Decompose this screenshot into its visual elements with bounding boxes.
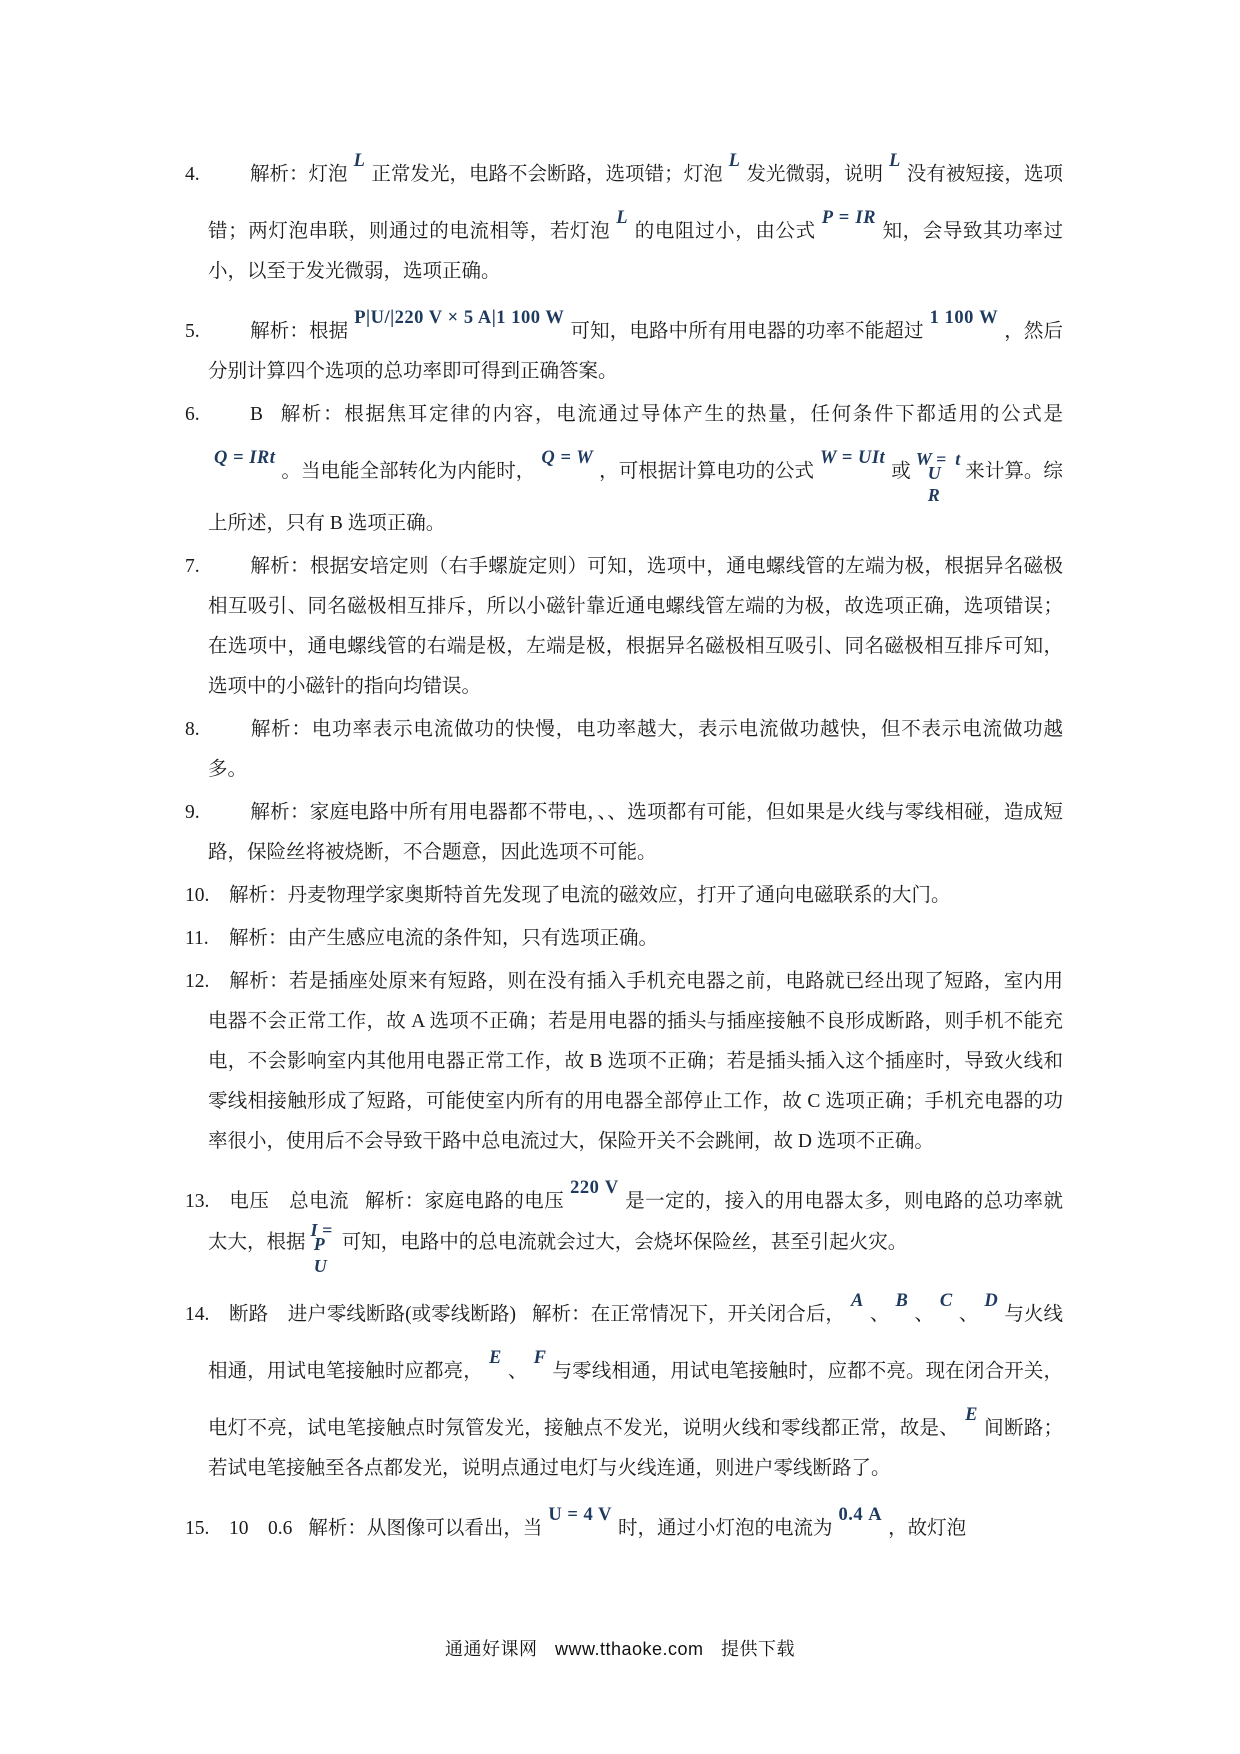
formula: E	[483, 1348, 508, 1368]
formula: L	[348, 151, 372, 171]
item-number: 15.	[185, 1509, 229, 1549]
item-text-segment: 解析：灯泡	[250, 164, 348, 185]
formula: A	[845, 1291, 870, 1311]
item-text-segment: 可知，电路中所有用电器的功率不能超过	[570, 321, 923, 342]
footer-site-name: 通通好课网	[445, 1639, 538, 1659]
item-answer: 10 0.6	[229, 1518, 292, 1539]
item-text-segment: 解析：根据	[250, 321, 348, 342]
item-number: 7.	[185, 547, 250, 587]
item-text-segment: 解析：电功率表示电流做功的快慢，电功率越大，表示电流做功越快，但不表示电流做功越…	[208, 719, 1063, 780]
answer-item: 8.解析：电功率表示电流做功的快慢，电功率越大，表示电流做功越快，但不表示电流做…	[185, 710, 1063, 790]
item-text-segment: 。当电能全部转化为内能时，	[281, 461, 535, 482]
answer-item: 7.解析：根据安培定则（右手螺旋定则）可知，选项中，通电螺线管的左端为极，根据异…	[185, 547, 1063, 707]
item-number: 8.	[185, 710, 250, 750]
formula: 0.4 A	[832, 1505, 888, 1525]
item-number: 11.	[185, 919, 229, 959]
item-text-segment: 、	[508, 1361, 528, 1382]
item-text-segment: 解析：从图像可以看出，当	[308, 1518, 542, 1539]
item-number: 4.	[185, 155, 250, 195]
formula: W = UIt	[814, 448, 891, 468]
answer-item: 6.B解析：根据焦耳定律的内容，电流通过导体产生的热量，任何条件下都适用的公式是…	[185, 395, 1063, 544]
answer-item: 10.解析：丹麦物理学家奥斯特首先发现了电流的磁效应，打开了通向电磁联系的大门。	[185, 876, 1063, 916]
answer-item: 5.解析：根据P|U/|220 V × 5 A|1 100 W可知，电路中所有用…	[185, 295, 1063, 392]
item-text-segment: 可知，电路中的总电流就会过大，会烧坏保险丝，甚至引起火灾。	[342, 1232, 908, 1253]
item-number: 5.	[185, 312, 250, 352]
fraction-formula: I = PU	[306, 1232, 342, 1252]
answers-list: 4.解析：灯泡L正常发光，电路不会断路，选项错；灯泡L发光微弱，说明L没有被短接…	[185, 138, 1063, 1552]
answer-item: 4.解析：灯泡L正常发光，电路不会断路，选项错；灯泡L发光微弱，说明L没有被短接…	[185, 138, 1063, 292]
item-text-segment: 发光微弱，说明	[746, 164, 883, 185]
footer-url: www.tthaoke.com	[555, 1639, 704, 1659]
item-text-segment: 解析：家庭电路的电压	[365, 1191, 564, 1212]
item-number: 13.	[185, 1182, 229, 1222]
formula: B	[889, 1291, 914, 1311]
formula: E	[959, 1405, 984, 1425]
formula: Q = IRt	[208, 448, 281, 468]
formula: Q = W	[535, 448, 599, 468]
item-text-segment: 解析：丹麦物理学家奥斯特首先发现了电流的磁效应，打开了通向电磁联系的大门。	[229, 885, 951, 906]
fraction-post: t	[951, 449, 961, 469]
item-text-segment: 的电阻过小，由公式	[634, 221, 816, 242]
item-text-segment: 解析：在正常情况下，开关闭合后，	[532, 1304, 845, 1325]
item-number: 9.	[185, 793, 250, 833]
formula: L	[883, 151, 907, 171]
formula: P = IR	[816, 208, 882, 228]
item-text-segment: 、	[870, 1304, 890, 1325]
formula: 1 100 W	[924, 308, 1004, 328]
item-text-segment: 解析：若是插座处原来有短路，则在没有插入手机充电器之前，电路就已经出现了短路，室…	[208, 971, 1063, 1152]
document-page: 4.解析：灯泡L正常发光，电路不会断路，选项错；灯泡L发光微弱，说明L没有被短接…	[0, 0, 1240, 1754]
fraction-formula: W = UR t	[911, 461, 966, 481]
answer-item: 15.10 0.6解析：从图像可以看出，当U = 4 V时，通过小灯泡的电流为0…	[185, 1492, 1063, 1549]
item-text-segment: 正常发光，电路不会断路，选项错；灯泡	[371, 164, 722, 185]
answer-item: 13.电压 总电流解析：家庭电路的电压220 V是一定的，接入的用电器太多，则电…	[185, 1165, 1063, 1275]
item-text-segment: 、	[914, 1304, 934, 1325]
item-text-segment: 或	[891, 461, 911, 482]
item-answer: 断路 进户零线断路(或零线断路)	[229, 1304, 516, 1325]
item-answer: 电压 总电流	[229, 1191, 349, 1212]
formula: C	[934, 1291, 959, 1311]
item-text-segment: 时，通过小灯泡的电流为	[618, 1518, 833, 1539]
answer-item: 11.解析：由产生感应电流的条件知，只有选项正确。	[185, 919, 1063, 959]
item-text-segment: 解析：根据安培定则（右手螺旋定则）可知，选项中，通电螺线管的左端为极，根据异名磁…	[208, 556, 1063, 697]
item-text-segment: ，可根据计算电功的公式	[599, 461, 814, 482]
item-text-segment: 解析：根据焦耳定律的内容，电流通过导体产生的热量，任何条件下都适用的公式是	[279, 404, 1063, 425]
item-text-segment: 解析：家庭电路中所有用电器都不带电，、、选项都有可能，但如果是火线与零线相碰，造…	[208, 802, 1063, 863]
item-text-segment: ，故灯泡	[888, 1518, 966, 1539]
item-answer: B	[250, 404, 263, 425]
formula: P|U/|220 V × 5 A|1 100 W	[348, 308, 570, 328]
formula: D	[978, 1291, 1004, 1311]
answer-item: 12.解析：若是插座处原来有短路，则在没有插入手机充电器之前，电路就已经出现了短…	[185, 962, 1063, 1162]
formula: U = 4 V	[542, 1505, 618, 1525]
formula: L	[723, 151, 747, 171]
formula: F	[528, 1348, 553, 1368]
item-text-segment: 、	[959, 1304, 979, 1325]
answer-item: 9.解析：家庭电路中所有用电器都不带电，、、选项都有可能，但如果是火线与零线相碰…	[185, 793, 1063, 873]
footer-download-note: 提供下载	[721, 1639, 795, 1659]
formula: L	[610, 208, 634, 228]
item-number: 14.	[185, 1295, 229, 1335]
answer-item: 14.断路 进户零线断路(或零线断路)解析：在正常情况下，开关闭合后，A、B、C…	[185, 1278, 1063, 1489]
item-number: 10.	[185, 876, 229, 916]
footer: 通通好课网 www.tthaoke.com 提供下载	[0, 1635, 1240, 1661]
item-text-segment: 解析：由产生感应电流的条件知，只有选项正确。	[229, 928, 658, 949]
item-number: 12.	[185, 962, 229, 1002]
item-number: 6.	[185, 395, 250, 435]
formula: 220 V	[564, 1178, 625, 1198]
